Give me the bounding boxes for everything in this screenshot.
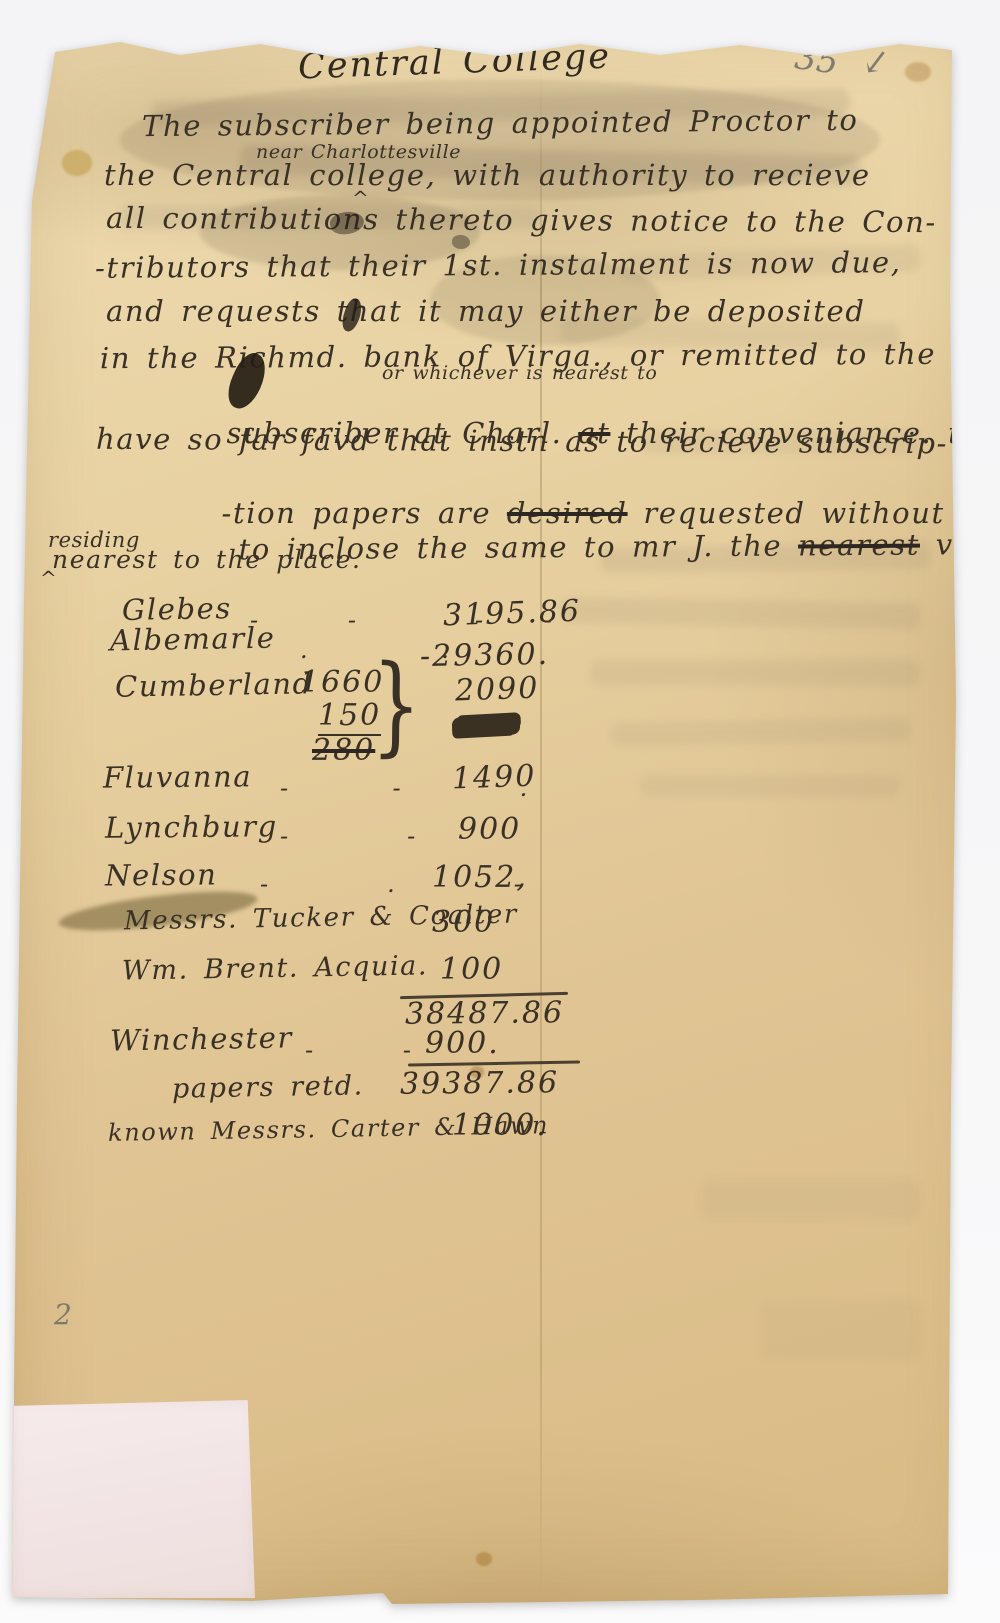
manuscript-line: The subscriber being appointed Proctor t… [142, 103, 859, 143]
ledger-row-name: Nelson [105, 858, 218, 893]
ledger-amount: 1000. [452, 1108, 548, 1143]
show-through-ghost [700, 1180, 920, 1220]
ledger-amount: 2090 [454, 671, 540, 709]
show-through-ghost [560, 597, 920, 629]
ledger-row-name: Lynchburg [105, 809, 278, 845]
struck-word: nearest [798, 528, 920, 563]
line-segment: visitor [920, 527, 1000, 562]
show-through-ghost [640, 775, 900, 797]
margin-note: nearest to the place. [52, 545, 362, 574]
interline-insertion: or whichever is nearest to [382, 362, 657, 384]
ledger-row-name: Fluvanna [103, 759, 252, 794]
manuscript-line: and requests that it may either be depos… [106, 294, 866, 328]
paper-sheet: Central College 35 ↙ 2 The subscriber be… [0, 0, 1000, 1623]
ink-blot [452, 235, 470, 249]
pencil-page-number-top: 35 [792, 37, 840, 83]
manuscript-line: the Central college, with authority to r… [104, 158, 871, 192]
ledger-amount: -29360. [420, 637, 550, 674]
margin-caret: ^ [40, 566, 58, 590]
ledger-row-name: Cumberland [115, 666, 313, 703]
ledger-amount: 1490 [451, 759, 537, 797]
ledger-amount: 900 [458, 812, 521, 847]
show-through-ghost [760, 1300, 920, 1360]
ledger-dashes: - - [305, 1036, 413, 1064]
ledger-amount: 900. [425, 1026, 500, 1061]
ledger-sub-value-struck: 280 [312, 733, 375, 768]
struck-out-amount [452, 714, 521, 738]
paper-fold-crease [540, 60, 542, 1600]
fox-spot [905, 62, 931, 82]
ledger-dashes: - - [280, 822, 417, 850]
ledger-amount: 3195.86 [442, 594, 581, 634]
ledger-total: 39387.86 [400, 1065, 559, 1101]
manuscript-line: all contributions thereto gives notice t… [106, 201, 937, 239]
document-title: Central College [297, 37, 611, 88]
fox-spot [476, 1552, 492, 1566]
repair-patch [12, 1400, 255, 1598]
ledger-row-name: papers retd. [172, 1070, 364, 1104]
ledger-row-name: Winchester [110, 1020, 293, 1057]
ledger-amount: 100 [440, 952, 503, 987]
ledger-row-name: Wm. Brent. Acquia. [122, 950, 429, 986]
ledger-row-name: Albemarle [110, 621, 276, 658]
ledger-amount: 1052, [432, 860, 528, 895]
manuscript-page: Central College 35 ↙ 2 The subscriber be… [0, 0, 1000, 1623]
pencil-page-number-bottom: 2 [54, 1298, 72, 1331]
show-through-ghost [610, 717, 910, 746]
show-through-ghost [590, 660, 920, 686]
manuscript-line: have so far favd that instn as to reciev… [96, 422, 948, 460]
pencil-arrow-icon: ↙ [859, 40, 893, 84]
ledger-amount: 300 [432, 905, 495, 940]
ledger-brace: } [371, 651, 422, 760]
scan-background: Central College 35 ↙ 2 The subscriber be… [0, 0, 1000, 1623]
manuscript-line: -tributors that their 1st. instalment is… [95, 245, 902, 285]
fox-spot [62, 150, 92, 176]
